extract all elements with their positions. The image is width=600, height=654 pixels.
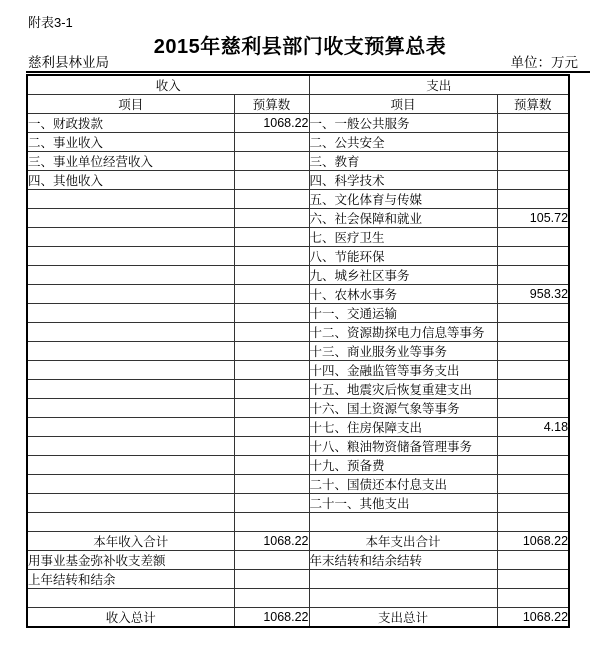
- expense-value-cell: [497, 133, 569, 152]
- income-item-cell: [27, 209, 234, 228]
- expense-value-cell: [497, 114, 569, 133]
- expense-item-cell: 十五、地震灾后恢复重建支出: [309, 380, 497, 399]
- expense-item-cell: [309, 589, 497, 608]
- expense-value-cell: [497, 190, 569, 209]
- expense-value-cell: [497, 475, 569, 494]
- expense-value-cell: [497, 513, 569, 532]
- income-item-cell: [27, 589, 234, 608]
- income-value-cell: 1068.22: [234, 532, 309, 551]
- expense-item-cell: 本年支出合计: [309, 532, 497, 551]
- table-row: 十二、资源勘探电力信息等事务: [27, 323, 569, 342]
- income-item-cell: [27, 399, 234, 418]
- income-item-cell: 三、事业单位经营收入: [27, 152, 234, 171]
- table-row: 十七、住房保障支出4.18: [27, 418, 569, 437]
- income-value-cell: [234, 361, 309, 380]
- expense-item-cell: 十二、资源勘探电力信息等事务: [309, 323, 497, 342]
- expense-item-cell: 十六、国土资源气象等事务: [309, 399, 497, 418]
- expense-item-cell: 六、社会保障和就业: [309, 209, 497, 228]
- table-subheader: 慈利县林业局 单位：万元: [26, 54, 590, 73]
- income-value-cell: 1068.22: [234, 114, 309, 133]
- table-row: 二十一、其他支出: [27, 494, 569, 513]
- income-value-cell: [234, 285, 309, 304]
- income-value-cell: [234, 551, 309, 570]
- unit-label: 单位：万元: [511, 51, 591, 71]
- expense-value-cell: [497, 266, 569, 285]
- expense-budget-column-header: 预算数: [497, 95, 569, 114]
- expense-item-cell: 十七、住房保障支出: [309, 418, 497, 437]
- income-item-cell: 收入总计: [27, 608, 234, 628]
- income-item-cell: [27, 475, 234, 494]
- income-value-cell: [234, 304, 309, 323]
- budget-table-body: 一、财政拨款1068.22一、一般公共服务二、事业收入二、公共安全三、事业单位经…: [27, 114, 569, 628]
- expense-value-cell: [497, 171, 569, 190]
- department-name: 慈利县林业局: [26, 51, 109, 71]
- income-item-cell: [27, 361, 234, 380]
- income-value-cell: [234, 513, 309, 532]
- table-row: 五、文化体育与传媒: [27, 190, 569, 209]
- expense-item-column-header: 项目: [309, 95, 497, 114]
- table-row: 收入总计1068.22支出总计1068.22: [27, 608, 569, 628]
- income-item-cell: [27, 190, 234, 209]
- expense-item-cell: 二十、国债还本付息支出: [309, 475, 497, 494]
- income-value-cell: [234, 342, 309, 361]
- expense-value-cell: 958.32: [497, 285, 569, 304]
- table-row: 二十、国债还本付息支出: [27, 475, 569, 494]
- table-row: 四、其他收入四、科学技术: [27, 171, 569, 190]
- expense-value-cell: [497, 323, 569, 342]
- expense-item-cell: 九、城乡社区事务: [309, 266, 497, 285]
- income-item-cell: [27, 380, 234, 399]
- table-row: 十八、粮油物资储备管理事务: [27, 437, 569, 456]
- expense-item-cell: 十、农林水事务: [309, 285, 497, 304]
- expense-item-cell: 四、科学技术: [309, 171, 497, 190]
- table-row: 十、农林水事务958.32: [27, 285, 569, 304]
- income-item-cell: [27, 513, 234, 532]
- expense-item-cell: 三、教育: [309, 152, 497, 171]
- expense-item-cell: 支出总计: [309, 608, 497, 628]
- income-value-cell: [234, 171, 309, 190]
- expense-item-cell: 年末结转和结余结转: [309, 551, 497, 570]
- income-value-cell: [234, 209, 309, 228]
- table-row: 十三、商业服务业等事务: [27, 342, 569, 361]
- income-value-cell: [234, 190, 309, 209]
- income-item-cell: [27, 247, 234, 266]
- income-value-cell: [234, 570, 309, 589]
- expense-value-cell: [497, 494, 569, 513]
- income-value-cell: [234, 228, 309, 247]
- expense-item-cell: 十一、交通运输: [309, 304, 497, 323]
- income-item-cell: 用事业基金弥补收支差额: [27, 551, 234, 570]
- expense-section-header: 支出: [309, 75, 569, 95]
- table-row: 三、事业单位经营收入三、教育: [27, 152, 569, 171]
- expense-item-cell: 五、文化体育与传媒: [309, 190, 497, 209]
- income-item-cell: 四、其他收入: [27, 171, 234, 190]
- table-row: [27, 513, 569, 532]
- table-row: 十一、交通运输: [27, 304, 569, 323]
- income-value-cell: [234, 437, 309, 456]
- expense-item-cell: 七、医疗卫生: [309, 228, 497, 247]
- expense-value-cell: [497, 456, 569, 475]
- table-row: 九、城乡社区事务: [27, 266, 569, 285]
- table-row: 十四、金融监管等事务支出: [27, 361, 569, 380]
- table-row: 二、事业收入二、公共安全: [27, 133, 569, 152]
- income-item-cell: [27, 456, 234, 475]
- column-header-row: 项目 预算数 项目 预算数: [27, 95, 569, 114]
- income-value-cell: [234, 456, 309, 475]
- income-value-cell: [234, 380, 309, 399]
- income-item-cell: [27, 342, 234, 361]
- section-header-row: 收入 支出: [27, 75, 569, 95]
- income-item-cell: [27, 323, 234, 342]
- expense-value-cell: [497, 399, 569, 418]
- income-value-cell: [234, 475, 309, 494]
- income-section-header: 收入: [27, 75, 309, 95]
- table-row: 七、医疗卫生: [27, 228, 569, 247]
- income-value-cell: [234, 399, 309, 418]
- expense-item-cell: 十八、粮油物资储备管理事务: [309, 437, 497, 456]
- expense-item-cell: 二、公共安全: [309, 133, 497, 152]
- expense-value-cell: [497, 570, 569, 589]
- income-item-cell: 二、事业收入: [27, 133, 234, 152]
- expense-value-cell: [497, 247, 569, 266]
- expense-value-cell: [497, 152, 569, 171]
- table-row: [27, 589, 569, 608]
- expense-value-cell: 1068.22: [497, 532, 569, 551]
- income-value-cell: [234, 152, 309, 171]
- income-item-cell: [27, 437, 234, 456]
- income-item-cell: [27, 304, 234, 323]
- table-row: 十六、国土资源气象等事务: [27, 399, 569, 418]
- expense-item-cell: 十四、金融监管等事务支出: [309, 361, 497, 380]
- income-value-cell: [234, 323, 309, 342]
- expense-item-cell: 十三、商业服务业等事务: [309, 342, 497, 361]
- table-row: 一、财政拨款1068.22一、一般公共服务: [27, 114, 569, 133]
- expense-value-cell: [497, 228, 569, 247]
- expense-item-cell: [309, 513, 497, 532]
- expense-item-cell: 二十一、其他支出: [309, 494, 497, 513]
- table-row: 上年结转和结余: [27, 570, 569, 589]
- expense-value-cell: 4.18: [497, 418, 569, 437]
- expense-value-cell: [497, 342, 569, 361]
- annex-label: 附表3-1: [28, 12, 73, 31]
- income-item-cell: 上年结转和结余: [27, 570, 234, 589]
- income-value-cell: [234, 133, 309, 152]
- income-item-column-header: 项目: [27, 95, 234, 114]
- expense-item-cell: [309, 570, 497, 589]
- table-row: 十九、预备费: [27, 456, 569, 475]
- income-value-cell: 1068.22: [234, 608, 309, 628]
- expense-value-cell: 1068.22: [497, 608, 569, 628]
- table-row: 用事业基金弥补收支差额年末结转和结余结转: [27, 551, 569, 570]
- expense-value-cell: [497, 361, 569, 380]
- page: { "page": { "annex_label": "附表3-1", "tit…: [0, 0, 600, 654]
- income-item-cell: 一、财政拨款: [27, 114, 234, 133]
- income-item-cell: [27, 418, 234, 437]
- expense-item-cell: 一、一般公共服务: [309, 114, 497, 133]
- budget-table: 收入 支出 项目 预算数 项目 预算数 一、财政拨款1068.22一、一般公共服…: [26, 74, 570, 628]
- income-item-cell: [27, 266, 234, 285]
- income-item-cell: 本年收入合计: [27, 532, 234, 551]
- income-item-cell: [27, 494, 234, 513]
- income-value-cell: [234, 266, 309, 285]
- expense-value-cell: [497, 589, 569, 608]
- table-row: 八、节能环保: [27, 247, 569, 266]
- expense-value-cell: [497, 380, 569, 399]
- income-value-cell: [234, 418, 309, 437]
- income-budget-column-header: 预算数: [234, 95, 309, 114]
- expense-item-cell: 八、节能环保: [309, 247, 497, 266]
- income-value-cell: [234, 247, 309, 266]
- expense-item-cell: 十九、预备费: [309, 456, 497, 475]
- table-row: 十五、地震灾后恢复重建支出: [27, 380, 569, 399]
- expense-value-cell: 105.72: [497, 209, 569, 228]
- expense-value-cell: [497, 304, 569, 323]
- expense-value-cell: [497, 437, 569, 456]
- income-item-cell: [27, 228, 234, 247]
- income-value-cell: [234, 589, 309, 608]
- table-row: 六、社会保障和就业105.72: [27, 209, 569, 228]
- expense-value-cell: [497, 551, 569, 570]
- table-row: 本年收入合计1068.22本年支出合计1068.22: [27, 532, 569, 551]
- income-item-cell: [27, 285, 234, 304]
- income-value-cell: [234, 494, 309, 513]
